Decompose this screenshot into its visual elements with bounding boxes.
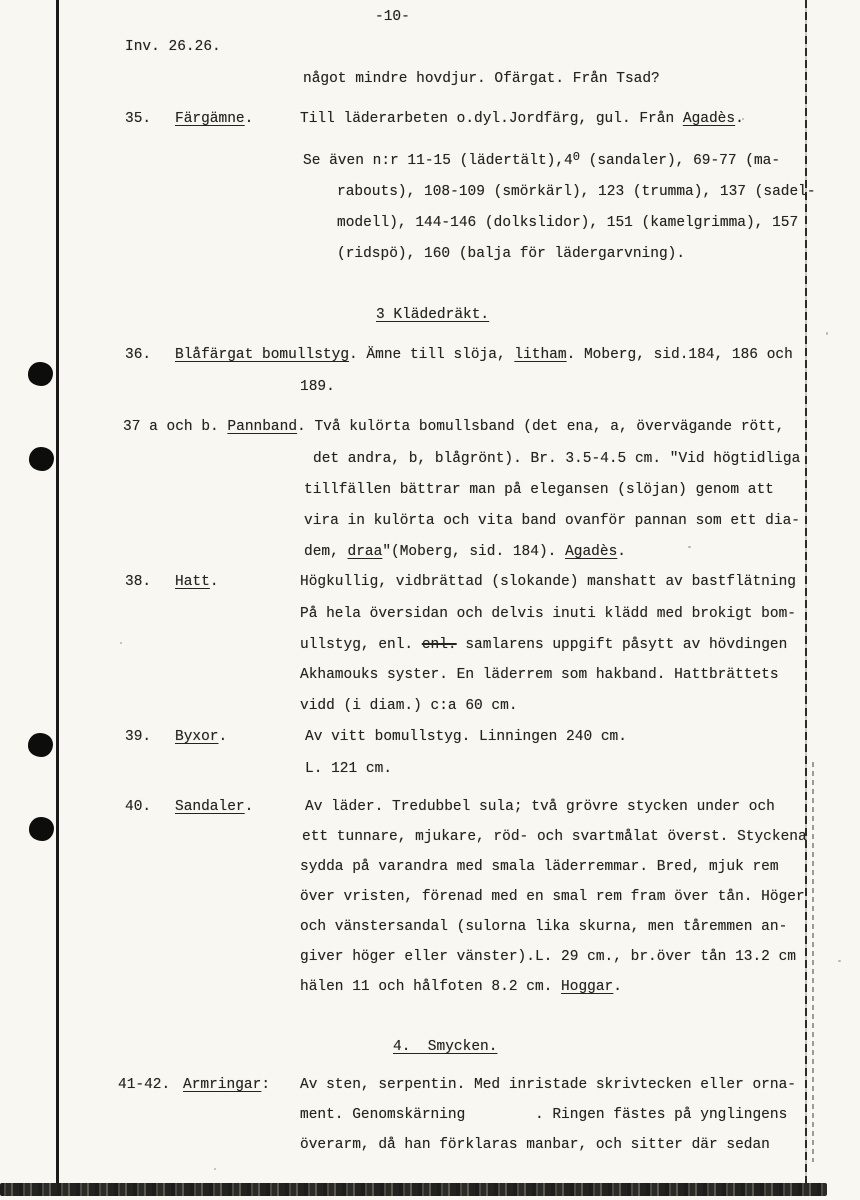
text-segment: (ridspö), 160 (balja för lädergarvning).: [337, 246, 685, 262]
text-segment: -10-: [375, 9, 410, 25]
body-line: ullstyg, enl. enl. samlarens uppgift pås…: [300, 636, 787, 655]
scan-speck: [688, 546, 691, 548]
item-label: Byxor.: [175, 728, 227, 747]
text-segment: Högkullig, vidbrättad (slokande) manshat…: [300, 574, 796, 590]
text-segment: samlarens uppgift påsytt av hövdingen: [457, 637, 788, 653]
text-segment: "(Moberg, sid. 184).: [382, 544, 565, 560]
section-heading: 3 Klädedräkt.: [376, 306, 489, 325]
underlined-term: 3 Klädedräkt.: [376, 307, 489, 323]
text-segment: ett tunnare, mjukare, röd- och svartmåla…: [302, 829, 807, 845]
body-line: Av vitt bomullstyg. Linningen 240 cm.: [305, 728, 627, 747]
text-segment: rabouts), 108-109 (smörkärl), 123 (trumm…: [337, 184, 816, 200]
text-segment: 41-42.: [118, 1077, 170, 1093]
body-line: över vristen, förenad med en smal rem fr…: [300, 888, 805, 907]
underlined-term: litham: [514, 347, 566, 363]
body-line: ett tunnare, mjukare, röd- och svartmåla…: [302, 828, 807, 847]
body-line: 37 a och b. Pannband. Två kulörta bomull…: [123, 418, 784, 437]
text-segment: vidd (i diam.) c:a 60 cm.: [300, 698, 518, 714]
body-line: (ridspö), 160 (balja för lädergarvning).: [337, 245, 685, 264]
underlined-term: Pannband: [227, 419, 297, 435]
item-label: Färgämne.: [175, 110, 253, 129]
scanned-document-page: -10-Inv. 26.26.något mindre hovdjur. Ofä…: [0, 0, 860, 1200]
text-segment: tillfällen bättrar man på elegansen (slö…: [304, 482, 774, 498]
text-segment: vira in kulörta och vita band ovanför pa…: [304, 513, 800, 529]
body-line: Högkullig, vidbrättad (slokande) manshat…: [300, 573, 796, 592]
body-line: 189.: [300, 378, 335, 397]
text-segment: 36.: [125, 347, 151, 363]
item-label: Sandaler.: [175, 798, 253, 817]
right-page-edge-line-secondary: [812, 762, 814, 1162]
punch-hole-mark: [28, 362, 53, 386]
body-line: Av sten, serpentin. Med inristade skrivt…: [300, 1076, 796, 1095]
underlined-term: draa: [348, 544, 383, 560]
text-segment: 38.: [125, 574, 151, 590]
punch-hole-mark: [29, 817, 54, 841]
text-segment: hälen 11 och hålfoten 8.2 cm.: [300, 979, 561, 995]
item-number: 36.: [125, 346, 151, 365]
body-line: det andra, b, blågrönt). Br. 3.5-4.5 cm.…: [313, 450, 800, 469]
underlined-term: Agadès: [565, 544, 617, 560]
text-segment: giver höger eller vänster).L. 29 cm., br…: [300, 949, 796, 965]
body-line: modell), 144-146 (dolkslidor), 151 (kame…: [337, 214, 798, 233]
body-line: rabouts), 108-109 (smörkärl), 123 (trumm…: [337, 183, 816, 202]
scan-speck: [838, 960, 841, 962]
text-segment: Av läder. Tredubbel sula; två grövre sty…: [305, 799, 775, 815]
text-segment: . Moberg, sid.184, 186 och: [567, 347, 793, 363]
bottom-page-edge: [0, 1183, 827, 1196]
underlined-term: Armringar: [183, 1077, 261, 1093]
punch-hole-mark: [29, 447, 54, 471]
item-label: Hatt.: [175, 573, 219, 592]
body-line: överarm, då han förklaras manbar, och si…: [300, 1136, 770, 1155]
item-number: 39.: [125, 728, 151, 747]
body-line: Se även n:r 11-15 (lädertält),40 (sandal…: [303, 152, 780, 171]
underlined-term: Blåfärgat bomullstyg: [175, 347, 349, 363]
text-segment: och vänstersandal (sulorna lika skurna, …: [300, 919, 787, 935]
item-number: 38.: [125, 573, 151, 592]
body-line: Blåfärgat bomullstyg. Ämne till slöja, l…: [175, 346, 793, 365]
underlined-term: Hatt: [175, 574, 210, 590]
body-line: vira in kulörta och vita band ovanför pa…: [304, 512, 800, 531]
text-segment: .: [210, 574, 219, 590]
underlined-term: Agadès: [683, 111, 735, 127]
text-segment: .: [613, 979, 622, 995]
item-number: 35.: [125, 110, 151, 129]
text-segment: (sandaler), 69-77 (ma-: [580, 153, 780, 169]
body-line: dem, draa"(Moberg, sid. 184). Agadès.: [304, 543, 626, 562]
body-line: vidd (i diam.) c:a 60 cm.: [300, 697, 518, 716]
section-heading: 4. Smycken.: [393, 1038, 497, 1057]
text-segment: 37 a och b.: [123, 419, 227, 435]
body-line: Av läder. Tredubbel sula; två grövre sty…: [305, 798, 775, 817]
body-line: tillfällen bättrar man på elegansen (slö…: [304, 481, 774, 500]
text-segment: Inv. 26.26.: [125, 39, 221, 55]
body-line: sydda på varandra med smala läderremmar.…: [300, 858, 779, 877]
inventory-number: Inv. 26.26.: [125, 38, 221, 57]
body-line: Akhamouks syster. En läderrem som hakban…: [300, 666, 779, 685]
text-segment: .: [245, 799, 254, 815]
body-line: L. 121 cm.: [305, 760, 392, 779]
text-segment: Se även n:r 11-15 (lädertält),4: [303, 153, 573, 169]
scan-speck: [120, 642, 122, 644]
body-line: giver höger eller vänster).L. 29 cm., br…: [300, 948, 796, 967]
body-line: något mindre hovdjur. Ofärgat. Från Tsad…: [303, 70, 660, 89]
text-segment: överarm, då han förklaras manbar, och si…: [300, 1137, 770, 1153]
text-segment: .: [617, 544, 626, 560]
text-segment: ment. Genomskärning . Ringen fästes på y…: [300, 1107, 787, 1123]
text-segment: 0: [573, 150, 580, 164]
punch-hole-mark: [28, 733, 53, 757]
text-segment: På hela översidan och delvis inuti klädd…: [300, 606, 796, 622]
text-segment: .: [219, 729, 228, 745]
text-segment: 39.: [125, 729, 151, 745]
text-segment: .: [245, 111, 254, 127]
right-page-edge-line: [805, 0, 807, 1186]
left-margin-line: [56, 0, 59, 1190]
scan-speck: [214, 1168, 216, 1170]
struck-text: enl.: [422, 637, 457, 653]
text-segment: Av sten, serpentin. Med inristade skrivt…: [300, 1077, 796, 1093]
text-segment: . Ämne till slöja,: [349, 347, 514, 363]
text-segment: 189.: [300, 379, 335, 395]
scan-speck: [826, 332, 828, 335]
body-line: och vänstersandal (sulorna lika skurna, …: [300, 918, 787, 937]
underlined-term: Sandaler: [175, 799, 245, 815]
text-segment: ullstyg, enl.: [300, 637, 422, 653]
page-number: -10-: [375, 8, 410, 27]
underlined-term: Hoggar: [561, 979, 613, 995]
text-segment: Akhamouks syster. En läderrem som hakban…: [300, 667, 779, 683]
text-segment: L. 121 cm.: [305, 761, 392, 777]
item-number: 40.: [125, 798, 151, 817]
underlined-term: Färgämne: [175, 111, 245, 127]
body-line: På hela översidan och delvis inuti klädd…: [300, 605, 796, 624]
text-segment: dem,: [304, 544, 348, 560]
text-segment: modell), 144-146 (dolkslidor), 151 (kame…: [337, 215, 798, 231]
text-segment: sydda på varandra med smala läderremmar.…: [300, 859, 779, 875]
text-segment: Av vitt bomullstyg. Linningen 240 cm.: [305, 729, 627, 745]
body-line: ment. Genomskärning . Ringen fästes på y…: [300, 1106, 787, 1125]
text-segment: det andra, b, blågrönt). Br. 3.5-4.5 cm.…: [313, 451, 800, 467]
text-segment: något mindre hovdjur. Ofärgat. Från Tsad…: [303, 71, 660, 87]
item-number: 41-42.: [118, 1076, 170, 1095]
item-label: Armringar:: [183, 1076, 270, 1095]
text-segment: . Två kulörta bomullsband (det ena, a, ö…: [297, 419, 784, 435]
text-segment: :: [261, 1077, 270, 1093]
text-segment: över vristen, förenad med en smal rem fr…: [300, 889, 805, 905]
underlined-term: Byxor: [175, 729, 219, 745]
text-segment: 35.: [125, 111, 151, 127]
text-segment: .: [735, 111, 744, 127]
text-segment: Till läderarbeten o.dyl.Jordfärg, gul. F…: [300, 111, 683, 127]
body-line: Till läderarbeten o.dyl.Jordfärg, gul. F…: [300, 110, 744, 129]
text-segment: 40.: [125, 799, 151, 815]
body-line: hälen 11 och hålfoten 8.2 cm. Hoggar.: [300, 978, 622, 997]
underlined-term: 4. Smycken.: [393, 1039, 497, 1055]
